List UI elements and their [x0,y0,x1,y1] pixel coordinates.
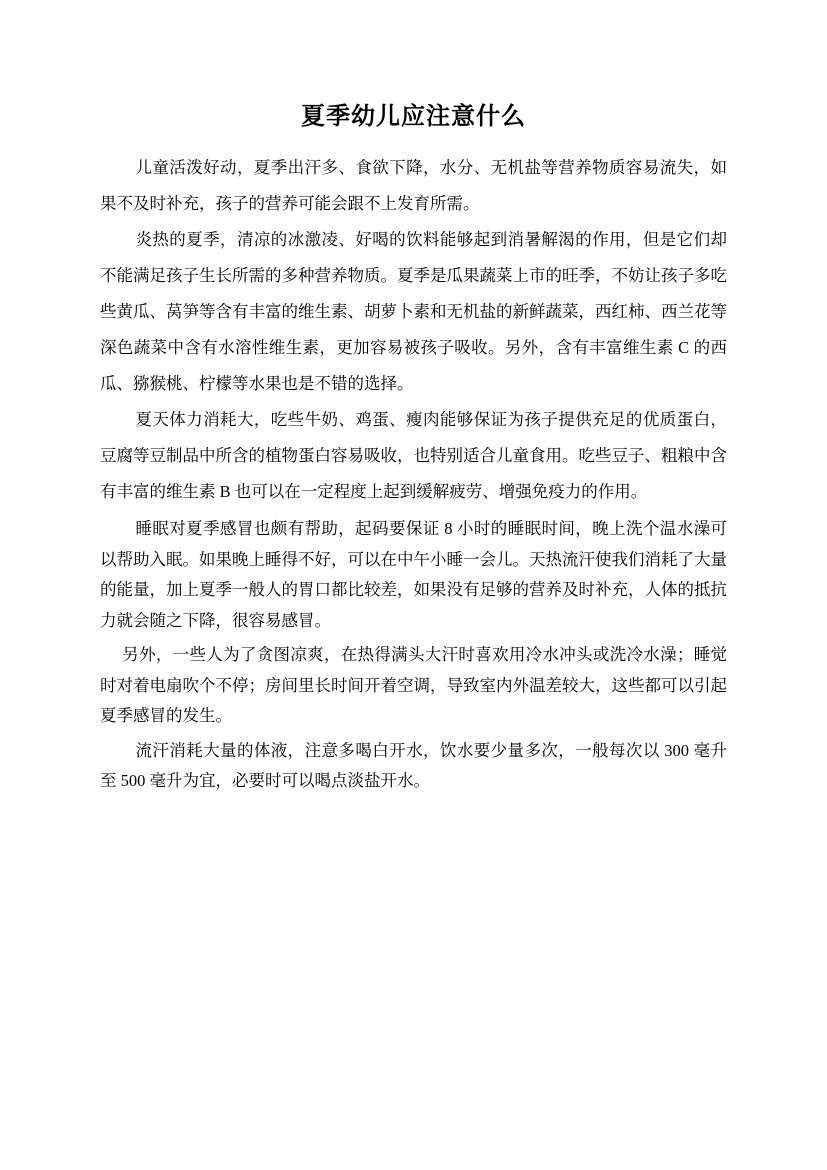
paragraph-6: 流汗消耗大量的体液，注意多喝白开水，饮水要少量多次，一般每次以 300 毫升至 … [100,736,727,797]
document-title: 夏季幼儿应注意什么 [100,101,727,134]
paragraph-4: 睡眠对夏季感冒也颇有帮助，起码要保证 8 小时的睡眠时间，晚上洗个温水澡可以帮助… [100,514,727,636]
document-body: 夏季幼儿应注意什么 儿童活泼好动，夏季出汗多、食欲下降，水分、无机盐等营养物质容… [0,0,827,797]
paragraph-2: 炎热的夏季，清凉的冰激凌、好喝的饮料能够起到消暑解渴的作用，但是它们却不能满足孩… [100,222,727,402]
paragraph-3: 夏天体力消耗大，吃些牛奶、鸡蛋、瘦肉能够保证为孩子提供充足的优质蛋白，豆腐等豆制… [100,402,727,510]
document-page: 夏季幼儿应注意什么 儿童活泼好动，夏季出汗多、食欲下降，水分、无机盐等营养物质容… [0,0,827,1170]
paragraph-5: 另外，一些人为了贪图凉爽，在热得满头大汗时喜欢用冷水冲头或洗冷水澡；睡觉时对着电… [100,640,727,732]
paragraph-1: 儿童活泼好动，夏季出汗多、食欲下降，水分、无机盐等营养物质容易流失，如果不及时补… [100,150,727,222]
